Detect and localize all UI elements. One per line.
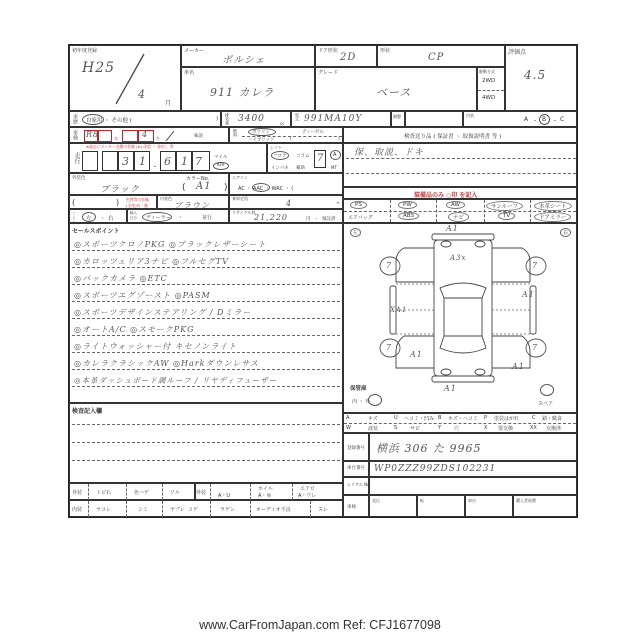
month-unit: 月: [165, 98, 171, 107]
exterior-color-box: 外装色 ブラック カラーNo. ( A1 ): [69, 173, 229, 195]
registration-label: 車歴: [72, 114, 79, 126]
accessories-label: 検査送り品 ( 保証書 ・ 取扱説明書 等 ): [404, 132, 501, 140]
handle-label: ハンドル: [72, 211, 76, 223]
grade-value: ベース: [376, 84, 411, 100]
color-no-value: A1: [196, 181, 212, 192]
drive-label: 駆動方式: [479, 69, 495, 75]
sales-point-line-7: ◎ライトウォッシャー付 キセノンライト: [74, 341, 237, 352]
sales-point-line-1: ◎スポーツクロノPKG ◎ブラックレザーシート: [74, 239, 267, 250]
import-label: 輸入区分: [130, 211, 138, 221]
model-label: 車名: [184, 69, 194, 76]
shift-inpane: インパネ: [271, 165, 289, 171]
sales-point-line-3: ◎バックカメラ ◎ETC: [74, 273, 168, 284]
equipment-leather: 本革シート: [534, 201, 572, 211]
diagram-right-label: 右: [560, 228, 571, 237]
vin-label: 車台番号: [347, 465, 365, 471]
tire-mark-rr: 7: [532, 343, 538, 352]
accessories-header-box: 検査送り品 ( 保証書 ・ 取扱説明書 等 ): [343, 127, 577, 143]
blank-box: [405, 111, 463, 127]
shift-gears: 7: [317, 153, 324, 164]
mileage-digit-box-0: [82, 151, 98, 171]
damage-mark-right-door: A1: [522, 290, 535, 299]
handle-right: 右: [108, 214, 114, 222]
fuel-gasoline: ガソリン: [252, 129, 270, 135]
import-dealer: ディーラー: [146, 214, 171, 221]
drive-2wd: 2WD: [482, 78, 495, 84]
serial-box: シリアル No.: [343, 477, 577, 495]
equipment-grid: PS PW AW サンルーフ 本革シート エアバッグ ABS ナビ TV ドアミ…: [343, 199, 577, 223]
exterior-label: 外装: [72, 489, 82, 496]
mileage-digit-box-2: 3: [118, 151, 134, 171]
doors-value: 2D: [340, 52, 356, 63]
sales-point-line-8: ◎カレラクラシックAW ◎Harkダウンレサス: [74, 358, 259, 369]
exterior-defects-row: 外装 トビ石 色ハゲ ソル 外装 A・U ホイル A・ゆ エアロ A・ワレ: [69, 483, 343, 500]
sales-point-line-2: ◎カロッツェリア3ナビ ◎フルセグTV: [74, 256, 229, 267]
equipment-header-box: 装備品のみ ○印 を記入: [343, 187, 577, 199]
score-box: 評価点 4.5: [505, 45, 577, 111]
mileage-digit-box-4: 6: [160, 151, 176, 171]
damage-mark-front-bumper: A1: [446, 224, 459, 233]
inspection-box: 車検 R8 年 4 月 味説: [69, 127, 229, 143]
handle-left: 左: [86, 214, 92, 222]
score-value: 4.5: [524, 68, 546, 82]
interior-grade-box: 内装 A ・ B ・ C: [463, 111, 577, 127]
ac-label: エアコン: [232, 175, 248, 181]
year-box: 初年度登録 H25 4 月: [69, 45, 181, 111]
damage-diagram: 左 右: [343, 223, 577, 413]
inspection-year-unit: 年: [114, 136, 118, 142]
mileage-digit-box-6: 7: [192, 151, 210, 171]
recycle-fee-value: 21,220: [254, 213, 288, 222]
interior-label: 内装: [72, 506, 82, 513]
sales-point-line-4: ◎スポーツエグゾースト ◎PASM: [74, 290, 211, 301]
import-parallel: 並行: [202, 214, 212, 221]
mileage-unit-km: Km: [217, 163, 224, 168]
maker-box: メーカー ポルシェ: [181, 45, 315, 67]
inspector-notes-title: 検査記入欄: [72, 406, 102, 415]
registration-options: 自家用 ・ その他 (: [86, 116, 132, 124]
damage-mark-right-rear: A1: [512, 362, 525, 371]
score-label: 評価点: [508, 47, 526, 56]
sales-points-title: セールスポイント: [72, 226, 119, 235]
equipment-pw: PW: [398, 201, 417, 209]
mileage-label: 走行: [72, 152, 81, 170]
recycle-note: 預託済: [322, 216, 336, 222]
seats-box: 乗車定員 4 ^: [229, 195, 343, 209]
inspection-label: 車検: [72, 130, 79, 142]
damage-legend: A キズ U ヘコミ・凹み B キズ・ヘコミ P 塗装はがれ C 錆・腐食 W …: [343, 413, 577, 433]
accessories-value-box: 保、取説、ドキ: [343, 143, 577, 187]
tire-mark-fr: 7: [532, 261, 538, 270]
shift-floor: フロア: [273, 153, 287, 159]
damage-mark-hood: A3x: [450, 254, 466, 262]
shift-mt: MT: [331, 165, 337, 170]
displacement-value: 3400: [238, 114, 265, 124]
year-label: 初年度登録: [72, 47, 97, 54]
equipment-tv: TV: [498, 212, 515, 220]
tire-mark-rl: 7: [386, 343, 392, 352]
shift-gears-box: 7: [314, 150, 326, 168]
damage-mark-rear-bumper: A1: [444, 384, 457, 393]
accessories-value: 保、取説、ドキ: [354, 145, 424, 158]
body-box: 形状 CP: [377, 45, 505, 67]
doors-box: ドア形状 2D: [315, 45, 377, 67]
model-box: 車名 911 カレラ: [181, 67, 315, 111]
model-code-box: 型式 991MA10Y: [291, 111, 391, 127]
displacement-label: 排気量: [224, 113, 230, 127]
exterior-color-label: 外装色: [72, 175, 86, 181]
recycle-check-box: 調整: [391, 111, 405, 127]
registration-box: 車歴 自家用 ・ その他 ( ): [69, 111, 221, 127]
equipment-sunroof: サンルーフ: [486, 201, 523, 211]
exterior-color-value: ブラック: [100, 182, 140, 195]
seats-label: 乗車定員: [232, 196, 248, 202]
fuel-label: 燃料: [232, 129, 238, 143]
body-label: 形状: [380, 47, 390, 54]
grade-label: グレード: [318, 69, 338, 76]
grade-box: グレード ベース: [315, 67, 477, 111]
shift-column: コラム: [296, 153, 309, 159]
import-box: 輸入区分 ディーラー ・ 並行: [127, 209, 229, 223]
fuel-diesel: ディーゼル: [302, 129, 324, 135]
shift-at: A: [333, 152, 336, 158]
taste-label: 味説: [194, 133, 203, 139]
mileage-digit-box-1: [102, 151, 118, 171]
damage-mark-left-rear: A1: [410, 350, 423, 359]
displacement-box: 排気量 3400 cc: [221, 111, 291, 127]
sales-points-box: セールスポイント ◎スポーツクロノPKG ◎ブラックレザーシート ◎カロッツェリ…: [69, 223, 343, 403]
seats-value: 4: [286, 199, 292, 208]
mileage-unit-miles: マイル: [214, 154, 227, 160]
tire-mark-fl: 7: [386, 261, 392, 270]
model-code-value: 991MA10Y: [304, 114, 362, 124]
equipment-abs: ABS: [398, 212, 419, 220]
storage-label: 保管庫: [350, 384, 367, 392]
recycle-fee-label: リサイクル料: [232, 210, 255, 216]
interior-grade-c: C: [560, 116, 564, 123]
vin-box: 車台番号 WP0ZZZ99ZDS102231: [343, 461, 577, 477]
equipment-aw: AW: [446, 201, 465, 209]
body-value: CP: [428, 52, 444, 63]
plate-value: 横浜 306 た 9965: [376, 440, 481, 456]
displacement-unit: cc: [280, 121, 284, 126]
interior-color-label: 内装色: [160, 196, 172, 202]
equipment-header: 装備品のみ ○印 を記入: [414, 190, 477, 199]
mileage-digit-box-5: 1: [176, 151, 192, 171]
shift-other: 補助: [296, 165, 305, 171]
mileage-digit-box-3: 1: [134, 151, 150, 171]
inspection-month: 4: [142, 130, 148, 139]
interior-color-box: 内装色 ブラウン: [157, 195, 229, 209]
color-change-box: ( ) 色替等の有無 (全塗)有・無: [69, 195, 157, 209]
spare-label: スペア: [538, 400, 553, 407]
maker-value: ポルシェ: [222, 51, 266, 66]
recycle-fee-unit: 円: [306, 216, 311, 222]
mileage-note: ※過去にメーター交換の有無 (※) 改竄 ・ 巻戻し 等: [86, 144, 174, 150]
sales-point-line-6: ◎オートA/C ◎スモークPKG: [74, 324, 195, 335]
interior-grade-b: B: [542, 116, 546, 123]
equipment-ps: PS: [350, 201, 367, 209]
plate-box: 登録番号 横浜 306 た 9965: [343, 433, 577, 461]
ac-options: AC ・ AAC ・ WAC ・ (: [238, 185, 293, 192]
fuel-box: 燃料 ガソリン ディーゼル ハイブリッド ( ): [229, 127, 343, 143]
inspection-year: R8: [86, 130, 99, 139]
interior-grade-a: A: [524, 116, 528, 123]
damage-mark-left-door: XA1: [390, 306, 407, 314]
handle-box: ハンドル 左 ・ 右: [69, 209, 127, 223]
model-code-label: 型式: [294, 113, 300, 127]
model-value: 911 カレラ: [210, 84, 275, 100]
interior-defects-row: 内装 ラコレ シミ ヤブレ コゲ ラゲン オーディオ不良 スレ: [69, 500, 343, 517]
plate-label: 登録番号: [347, 445, 365, 451]
doors-label: ドア形状: [318, 47, 338, 54]
inspection-month-unit: 月: [156, 136, 160, 142]
drive-4wd: 4WD: [482, 95, 495, 101]
equipment-airbag: エアバッグ: [348, 214, 373, 221]
vin-value: WP0ZZZ99ZDS102231: [374, 464, 496, 474]
mileage-box: ※過去にメーター交換の有無 (※) 改竄 ・ 巻戻し 等 走行 3 1 ・ 6 …: [69, 143, 267, 173]
watermark: www.CarFromJapan.com Ref: CFJ1677098: [0, 618, 640, 632]
drive-box: 駆動方式 2WD 4WD: [477, 67, 505, 111]
auction-sheet: 初年度登録 H25 4 月 メーカー ポルシェ 車名 911 カレラ ドア形状 …: [68, 44, 578, 518]
month-value: 4: [138, 88, 146, 101]
shift-box: シフト フロア コラム インパネ 補助 7 A MT: [267, 143, 343, 173]
cost-row: 車検 見込 転 車台 購入者経費: [343, 495, 577, 517]
equipment-door-mirror: ドアミラー: [534, 212, 571, 222]
interior-grade-label: 内装: [466, 113, 474, 119]
maker-label: メーカー: [184, 47, 204, 54]
equipment-navi: ナビ: [448, 212, 469, 222]
diagram-left-label: 左: [350, 228, 361, 237]
sales-point-line-5: ◎スポーツデザインステアリング / Dミラー: [74, 307, 251, 318]
ac-box: エアコン AC ・ AAC ・ WAC ・ (: [229, 173, 343, 195]
inspector-notes-box: 検査記入欄: [69, 403, 343, 483]
recycle-fee-box: リサイクル料 21,220 円 ・ 預託済: [229, 209, 343, 223]
recycle-check-label: 調整: [393, 114, 401, 120]
sales-point-line-9: ◎本革ダッシュボード調ルーフ / リヤディフューザー: [74, 375, 277, 386]
